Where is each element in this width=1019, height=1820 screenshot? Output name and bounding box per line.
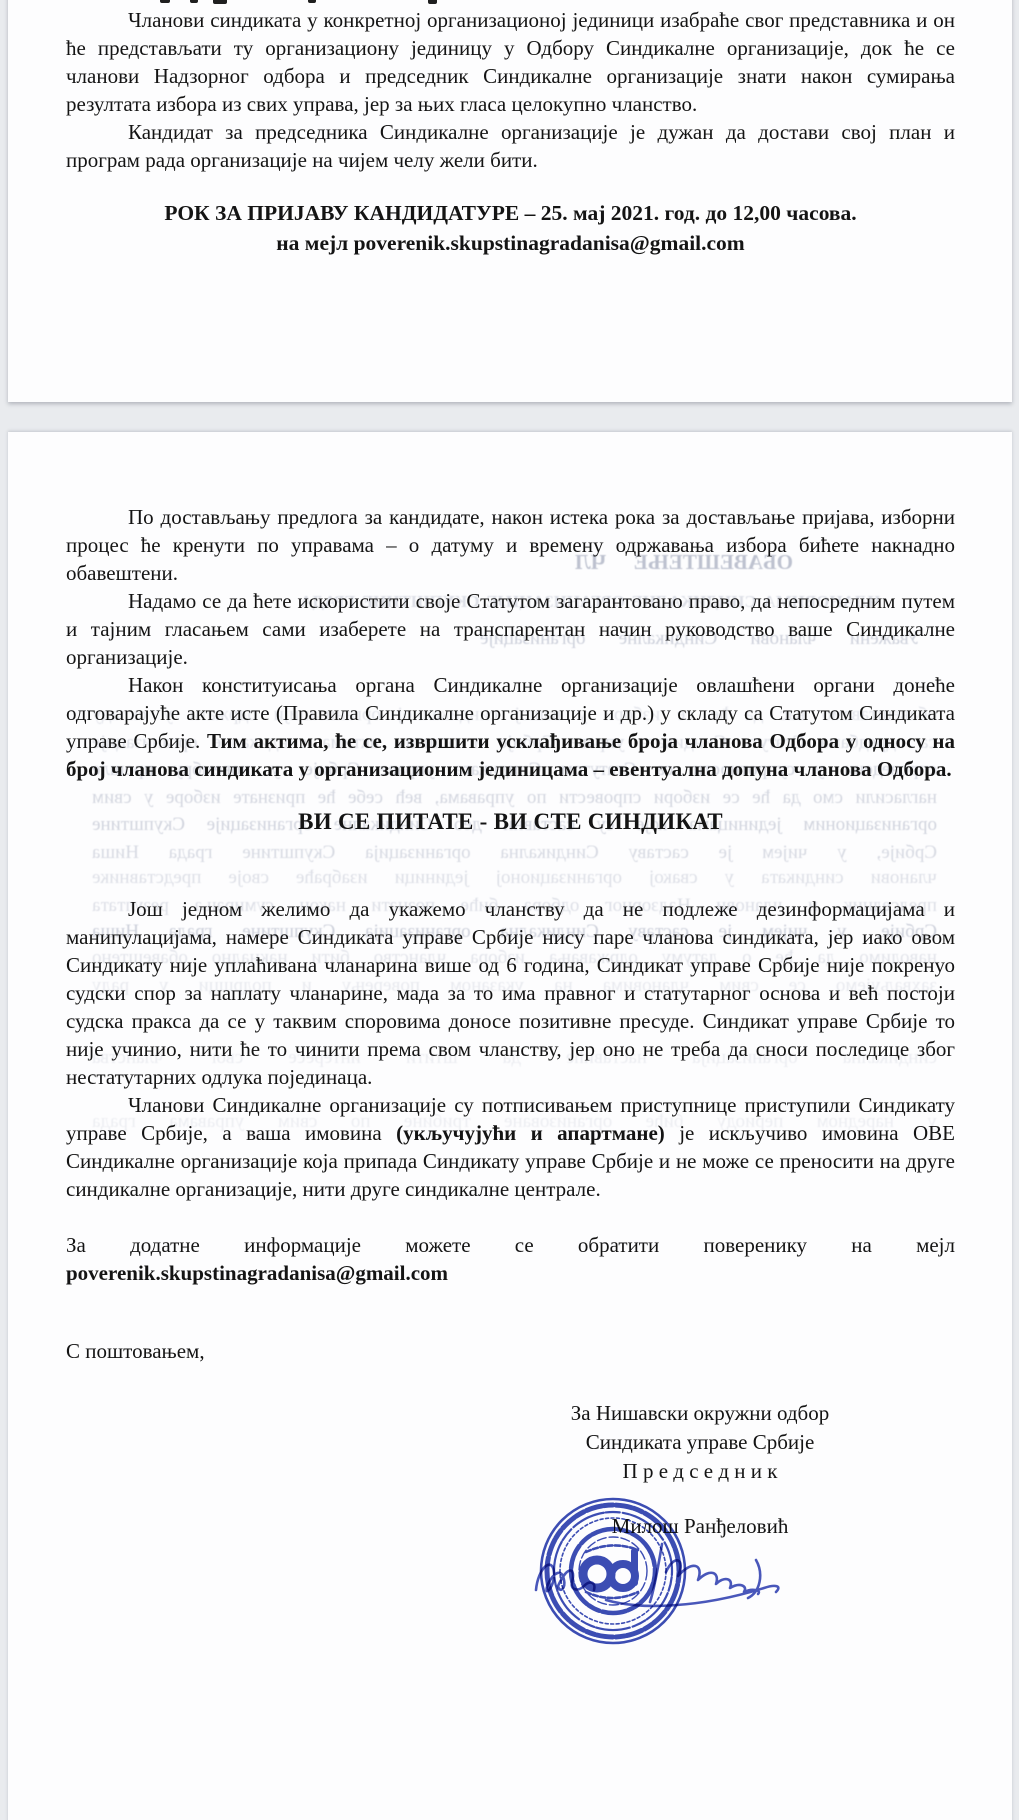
- page-1-text: Чланови синдиката у конкретној организац…: [8, 0, 1012, 258]
- slogan-heading: ВИ СЕ ПИТАТЕ - ВИ СТЕ СИНДИКАТ: [66, 809, 955, 835]
- closing-salutation: С поштовањем,: [66, 1337, 955, 1365]
- handwritten-signature: [520, 1530, 820, 1622]
- paragraph-after-proposals: По достављању предлога за кандидате, нак…: [66, 503, 955, 587]
- page-2-text: По достављању предлога за кандидате, нак…: [8, 432, 1012, 1541]
- page-1: Чланови синдиката у конкретној организац…: [8, 0, 1012, 402]
- paragraph-property: Чланови Синдикалне организације су потпи…: [66, 1091, 955, 1203]
- paragraph-contact: За додатне информације можете се обратит…: [66, 1231, 955, 1287]
- paragraph-disinformation: Још једном желимо да укажемо чланству да…: [66, 895, 955, 1091]
- signature-line: Синдиката управе Србије: [485, 1428, 915, 1457]
- paragraph-statute-right: Надамо се да ћете искористити своје Стат…: [66, 587, 955, 671]
- signature-line: П р е д с е д н и к: [485, 1457, 915, 1486]
- paragraph-candidate-duty: Кандидат за председника Синдикалне орган…: [66, 118, 955, 174]
- paragraph-members-elect: Чланови синдиката у конкретној организац…: [66, 6, 955, 118]
- page-2: ОБАВЕШТЕЊЕ ЧЛЧЛАНОВИМА СИНДИКАЛНЕ ОРГАНИ…: [8, 432, 1012, 1820]
- paragraph-constitution: Након конституисања органа Синдикалне ор…: [66, 671, 955, 783]
- deadline-email-line: на мејл poverenik.skupstinagradanisa@gma…: [66, 228, 955, 258]
- deadline-line: РОК ЗА ПРИЈАВУ КАНДИДАТУРЕ – 25. мај 202…: [66, 198, 955, 228]
- scanned-document-view: { "page1": { "paragraphs": [ {"name":"pa…: [0, 0, 1019, 1820]
- signature-line: За Нишавски окружни одбор: [485, 1399, 915, 1428]
